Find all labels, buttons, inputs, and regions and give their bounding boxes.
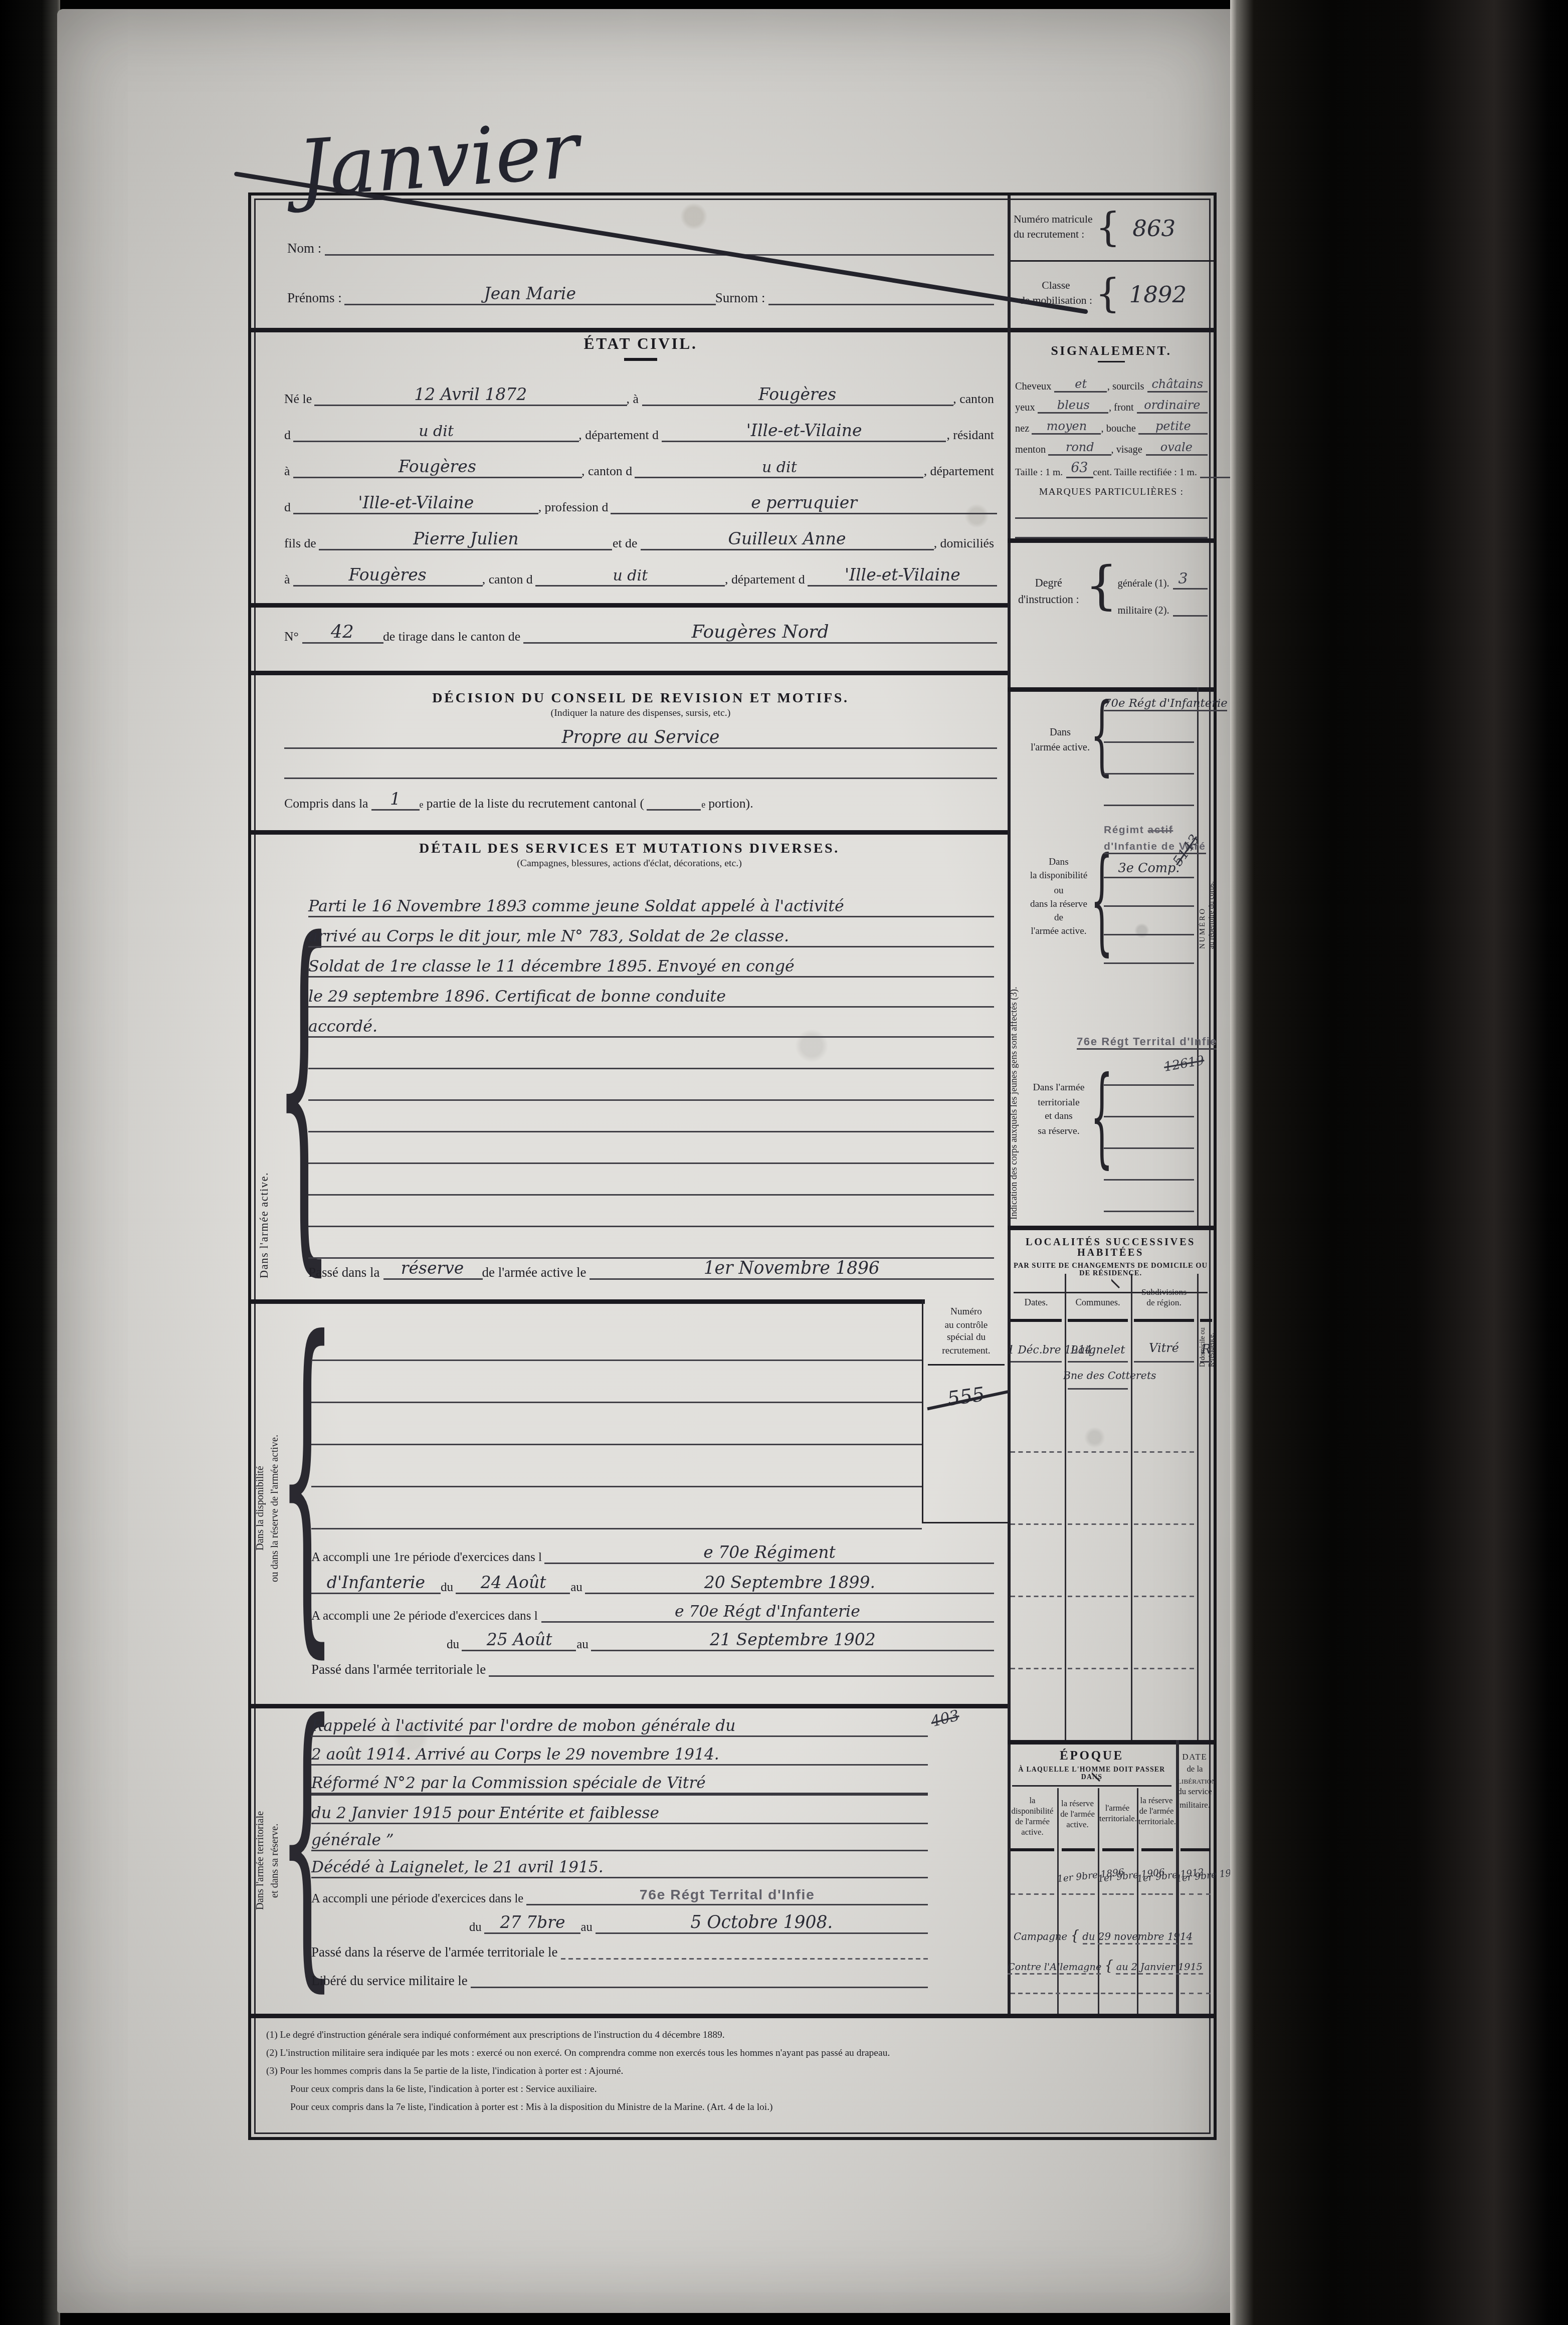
terr-periode-line: A accompli une période d'exercices dans … bbox=[311, 1878, 928, 1905]
nom-label: Nom : bbox=[287, 241, 324, 256]
localites-empty-rule bbox=[1068, 1668, 1128, 1669]
localites-header-rule bbox=[1200, 1319, 1212, 1322]
decision-title: DÉCISION DU CONSEIL DE REVISION ET MOTIF… bbox=[284, 692, 997, 707]
epoque-header-rule bbox=[1011, 1848, 1054, 1851]
blank-service-line bbox=[308, 1196, 994, 1227]
localites-subtitle: PAR SUITE DE CHANGEMENTS DE DOMICILE OU … bbox=[1008, 1263, 1214, 1278]
epoque-section: ÉPOQUE À LAQUELLE L'HOMME DOIT PASSER DA… bbox=[1008, 1740, 1214, 2014]
title-underline bbox=[624, 358, 657, 361]
localites-header-rule bbox=[1068, 1319, 1128, 1322]
blank-service-line bbox=[308, 1101, 994, 1132]
localites-row-rule bbox=[1068, 1361, 1128, 1363]
periode1-line2: d'Infanterie du 24 Août au 20 Septembre … bbox=[311, 1564, 994, 1594]
localites-empty-rule bbox=[1068, 1451, 1128, 1453]
sig-row-2: yeuxbleus , frontordinaire bbox=[1015, 393, 1208, 414]
corps-active-value: 70e Régt d'Infanterie bbox=[1104, 696, 1228, 711]
etat-civil-title: ÉTAT CIVIL. bbox=[284, 337, 997, 353]
localites-row-dr: R bbox=[1199, 1343, 1214, 1358]
localites-row-commune: Laignelet bbox=[1066, 1343, 1129, 1357]
stamp-actif-crossed: actif bbox=[1148, 826, 1173, 836]
decision-blank-line bbox=[284, 749, 997, 779]
terr-hw-6: Décédé à Laignelet, le 21 avril 1915. bbox=[311, 1859, 928, 1878]
prenoms-value: Jean Marie bbox=[345, 284, 715, 305]
localites-title: LOCALITÉS SUCCESSIVES HABITÉES bbox=[1008, 1238, 1214, 1259]
epoque-col1-header: la disponibilité de l'armée active. bbox=[1009, 1797, 1056, 1839]
epoque-bottom-rule bbox=[1011, 1993, 1173, 1994]
corps-right-margin-label: NUMÉROau répertoire du corps. bbox=[1200, 693, 1218, 949]
terr-hw-5: générale ” bbox=[311, 1832, 928, 1851]
localites-row-rule bbox=[1134, 1361, 1194, 1363]
corps-active-label: Dansl'armée active. bbox=[1029, 726, 1092, 755]
periodes-block: A accompli une 1re période d'exercices d… bbox=[311, 1537, 994, 1677]
ec-line-2: d u dit , département d 'Ille-et-Vilaine… bbox=[284, 406, 997, 442]
periode2-line1: A accompli une 2e période d'exercices da… bbox=[311, 1594, 994, 1623]
epoque-value-rule bbox=[1141, 1893, 1173, 1895]
blank-service-line bbox=[308, 1038, 994, 1069]
localites-empty-rule bbox=[1134, 1451, 1194, 1453]
periode1-line1: A accompli une 1re période d'exercices d… bbox=[311, 1537, 994, 1564]
corps-number-column-divider bbox=[1197, 687, 1199, 1226]
ec-line-4: d 'Ille-et-Vilaine , profession d e perr… bbox=[284, 478, 997, 514]
services-subtitle: (Campagnes, blessures, actions d'éclat, … bbox=[251, 859, 1008, 869]
controle-header-rule bbox=[928, 1364, 1005, 1365]
controle-special-box: Numéroau contrôlespécial durecrutement. … bbox=[922, 1299, 1009, 1523]
marques-title: MARQUES PARTICULIÈRES : bbox=[1015, 487, 1208, 498]
epoque-divider-3 bbox=[1137, 1788, 1139, 2014]
degre-label: Degréd'instruction : bbox=[1015, 565, 1085, 608]
book-left-edge bbox=[0, 0, 60, 2325]
localites-empty-rule bbox=[1011, 1451, 1062, 1453]
epoque-divider-1 bbox=[1057, 1788, 1059, 2014]
margin-number-crossed: 403 bbox=[929, 1708, 961, 1731]
classe-value: 1892 bbox=[1120, 281, 1187, 308]
rule-below-services bbox=[251, 1299, 925, 1303]
nom-row: Nom : bbox=[287, 208, 994, 256]
campagne-line-1: Campagne { du 29 novembre 1914 bbox=[1014, 1929, 1194, 1945]
territoriale-record: Rappelé à l'activité par l'ordre de mobo… bbox=[311, 1711, 928, 1988]
corps-terr-blank-lines bbox=[1104, 1054, 1194, 1212]
localites-row-subdiv: Vitré bbox=[1131, 1341, 1197, 1355]
terr-hw-1: Rappelé à l'activité par l'ordre de mobo… bbox=[311, 1717, 928, 1737]
localites-empty-rule bbox=[1068, 1523, 1128, 1525]
localites-col-communes: Communes. bbox=[1065, 1298, 1131, 1308]
marques-blank-2 bbox=[1015, 519, 1208, 538]
surnom-label: Surnom : bbox=[715, 290, 768, 305]
header-left: Nom : Prénoms : Jean Marie Surnom : bbox=[287, 208, 994, 305]
header-divider bbox=[251, 328, 1214, 332]
localites-empty-rule bbox=[1011, 1596, 1062, 1597]
form-frame: Nom : Prénoms : Jean Marie Surnom : Numé… bbox=[248, 192, 1217, 2140]
ec-line-6: à Fougères , canton d u dit , départemen… bbox=[284, 550, 997, 587]
decision-subtitle: (Indiquer la nature des dispenses, sursi… bbox=[284, 708, 997, 719]
corps-left-margin-label: Indication des corps auxquels les jeunes… bbox=[1009, 693, 1020, 1220]
footnote-3: (3) Pour les hommes compris dans la 5e p… bbox=[266, 2063, 1202, 2081]
nom-blank-line bbox=[324, 254, 994, 256]
corps-section: Indication des corps auxquels les jeunes… bbox=[1008, 687, 1214, 1226]
corps-dispo-label: Dansla disponibilitéou dans la réservede… bbox=[1023, 856, 1095, 939]
degre-militaire-row: militaire (2). bbox=[1118, 590, 1208, 617]
footnotes: (1) Le degré d'instruction générale sera… bbox=[266, 2027, 1202, 2117]
localites-header-rule bbox=[1011, 1319, 1062, 1322]
signalement-section: SIGNALEMENT. Cheveuxet , sourcilschâtain… bbox=[1015, 343, 1208, 538]
epoque-header-rule bbox=[1181, 1848, 1211, 1851]
localites-row-commune-2: Bne des Cotterets bbox=[1063, 1370, 1138, 1382]
localites-empty-rule bbox=[1134, 1596, 1194, 1597]
matricule-brace: { bbox=[1096, 206, 1121, 251]
classe-brace: { bbox=[1095, 272, 1120, 317]
epoque-header-rule bbox=[1141, 1848, 1173, 1851]
blank-service-line bbox=[308, 1069, 994, 1101]
services-section: DÉTAIL DES SERVICES ET MUTATIONS DIVERSE… bbox=[251, 842, 1008, 869]
epoque-col2-header: la réserve de l'armée active. bbox=[1059, 1800, 1096, 1832]
matricule-label: Numéro matriculedu recrutement : bbox=[1008, 214, 1096, 242]
signalement-title: SIGNALEMENT. bbox=[1015, 343, 1208, 358]
epoque-value-rule bbox=[1102, 1893, 1134, 1895]
epoque-header-rule bbox=[1062, 1848, 1095, 1851]
decision-section: DÉCISION DU CONSEIL DE REVISION ET MOTIF… bbox=[284, 692, 997, 811]
terr-hw-4: du 2 Janvier 1915 pour Entérite et faibl… bbox=[311, 1805, 928, 1824]
surname-handwritten: Janvier bbox=[295, 112, 581, 210]
localites-empty-rule bbox=[1068, 1596, 1128, 1597]
compris-line: Compris dans la 1e partie de la liste du… bbox=[284, 779, 997, 811]
rule-below-tirage bbox=[251, 671, 1008, 675]
epoque-title: ÉPOQUE bbox=[1008, 1749, 1176, 1763]
services-hw-1: Parti le 16 Novembre 1893 comme jeune So… bbox=[308, 898, 994, 917]
ec-line-1: Né le 12 Avril 1872 , à Fougères , canto… bbox=[284, 370, 997, 406]
footnote-1: (1) Le degré d'instruction générale sera… bbox=[266, 2027, 1202, 2045]
epoque-col4-header: la réserve de l'armée territoriale. bbox=[1138, 1797, 1174, 1829]
signalement-underline bbox=[1098, 361, 1125, 362]
corps-terr-lines: 76e Régt Territal d'Infie bbox=[1077, 1030, 1194, 1050]
epoque-value-rule bbox=[1011, 1893, 1054, 1895]
sig-row-4: mentonrond , visageovale bbox=[1015, 435, 1208, 456]
services-hw-2: arrivé au Corps le dit jour, mle N° 783,… bbox=[308, 928, 994, 947]
etat-civil-section: ÉTAT CIVIL. Né le 12 Avril 1872 , à Foug… bbox=[284, 337, 997, 587]
degre-brace: { bbox=[1085, 556, 1118, 617]
header-right: Numéro matriculedu recrutement : { 863 C… bbox=[1008, 196, 1214, 328]
rule-above-footnotes bbox=[251, 2014, 1214, 2018]
localites-empty-rule bbox=[1134, 1668, 1194, 1669]
rule-below-dispo bbox=[251, 1704, 1008, 1708]
epoque-divider-2 bbox=[1098, 1788, 1100, 2014]
services-margin-label: Dans l'armée active. bbox=[257, 917, 271, 1278]
localites-section: LOCALITÉS SUCCESSIVES HABITÉES PAR SUITE… bbox=[1008, 1226, 1214, 1740]
localites-row-rule bbox=[1011, 1361, 1062, 1363]
terr-periode-dates: du 27 7bre au 5 Octobre 1908. bbox=[311, 1905, 928, 1934]
controle-value: 555 bbox=[922, 1380, 1011, 1414]
localites-empty-rule bbox=[1134, 1523, 1194, 1525]
footnote-2: (2) L'instruction militaire sera indiqué… bbox=[266, 2045, 1202, 2063]
sig-row-1: Cheveuxet , sourcilschâtains bbox=[1015, 371, 1208, 393]
ec-line-3: à Fougères , canton d u dit , départemen… bbox=[284, 442, 997, 478]
book-right-edge bbox=[1230, 0, 1568, 2325]
epoque-col3-header: l'armée territoriale. bbox=[1099, 1805, 1135, 1826]
epoque-date-header: DATEde la LIBÉRATIONdu servicemilitaire. bbox=[1178, 1752, 1212, 1813]
passe-reserve-line: Passé dans la réserve de l'armée active … bbox=[308, 1248, 994, 1280]
book-photo: Janvier Nom : Prénoms : Jean Marie Surno… bbox=[0, 0, 1568, 2325]
degre-militaire-blank bbox=[1172, 615, 1208, 617]
blank-service-line bbox=[308, 1164, 994, 1196]
register-page: Janvier Nom : Prénoms : Jean Marie Surno… bbox=[57, 9, 1236, 2313]
campagne-line-2: Contre l'Allemagne { au 2 Janvier 1915 bbox=[1008, 1960, 1194, 1975]
epoque-v2: 1er 9bre 1896 bbox=[1057, 1870, 1100, 1885]
marques-blank-1 bbox=[1015, 498, 1208, 519]
territorial-stamp: 76e Régt Territal d'Infie bbox=[1077, 1035, 1217, 1050]
passe-reserve-territoriale-line: Passé dans la réserve de l'armée territo… bbox=[311, 1934, 928, 1960]
localites-row-rule bbox=[1068, 1388, 1128, 1390]
corps-dispo-lines: Régimt actif d'Infantie de Vitré 3e Comp… bbox=[1104, 826, 1194, 964]
terr-hw-2: 2 août 1914. Arrivé au Corps le 29 novem… bbox=[311, 1746, 928, 1766]
terr-hw-3: Réformé N°2 par la Commission spéciale d… bbox=[311, 1775, 928, 1796]
services-hw-5: accordé. bbox=[308, 1018, 994, 1038]
footnote-5: Pour ceux compris dans la 7e liste, l'in… bbox=[266, 2099, 1202, 2117]
localites-header-rule bbox=[1134, 1319, 1194, 1322]
surnom-blank-line bbox=[768, 304, 994, 305]
periode2-line2: du 25 Août au 21 Septembre 1902 bbox=[311, 1623, 994, 1651]
corps-active-lines: 70e Régt d'Infanterie bbox=[1104, 687, 1194, 806]
corps-terr-label: Dans l'arméeterritorialeet danssa réserv… bbox=[1023, 1081, 1095, 1139]
ec-line-5: fils de Pierre Julien et de Guilleux Ann… bbox=[284, 514, 997, 550]
localites-empty-rule bbox=[1011, 1523, 1062, 1525]
services-title: DÉTAIL DES SERVICES ET MUTATIONS DIVERSE… bbox=[251, 842, 1008, 857]
epoque-header-brace bbox=[1012, 1779, 1171, 1787]
regiment-vitre-stamp-line1: Régimt actif bbox=[1104, 826, 1194, 836]
decision-value: Propre au Service bbox=[284, 726, 997, 749]
degre-section: Degréd'instruction : { générale (1). 3 m… bbox=[1015, 556, 1208, 617]
classe-row: Classede mobilisation : { 1892 bbox=[1008, 262, 1214, 326]
epoque-header-rule bbox=[1102, 1848, 1134, 1851]
localites-col-subdivisions: Subdivisionsde région. bbox=[1131, 1289, 1197, 1310]
controle-label: Numéroau contrôlespécial durecrutement. bbox=[923, 1299, 1009, 1359]
matricule-value: 863 bbox=[1120, 215, 1175, 242]
taille-row: Taille : 1 m.63 cent. Taille rectifiée :… bbox=[1015, 456, 1208, 478]
degre-generale-row: générale (1). 3 bbox=[1118, 562, 1208, 590]
decision-value-line: Propre au Service bbox=[284, 719, 997, 749]
matricule-row: Numéro matriculedu recrutement : { 863 bbox=[1008, 196, 1214, 262]
epoque-value-rule bbox=[1181, 1893, 1211, 1895]
epoque-bottom-rule-date bbox=[1181, 1993, 1211, 1994]
localites-row-date: 1 Déc.bre 1914 bbox=[1008, 1343, 1065, 1357]
libere-line: Libéré du service militaire le bbox=[311, 1960, 928, 1988]
services-hw-3: Soldat de 1re classe le 11 décembre 1895… bbox=[308, 958, 994, 978]
dispo-blank-lines bbox=[311, 1320, 922, 1529]
footnote-4: Pour ceux compris dans la 6e liste, l'in… bbox=[266, 2081, 1202, 2099]
epoque-value-rule bbox=[1062, 1893, 1095, 1895]
services-hw-4: le 29 septembre 1896. Certificat de bonn… bbox=[308, 988, 994, 1008]
tirage-row: N° 42 de tirage dans le canton de Fougèr… bbox=[284, 617, 997, 644]
prenoms-label: Prénoms : bbox=[287, 290, 345, 305]
localites-row-rule bbox=[1200, 1361, 1212, 1363]
sig-row-3: nezmoyen , bouchepetite bbox=[1015, 414, 1208, 435]
blank-service-line bbox=[308, 1132, 994, 1164]
localites-empty-rule bbox=[1011, 1668, 1062, 1669]
rule-below-decision bbox=[251, 830, 1008, 834]
localites-col-dates: Dates. bbox=[1008, 1298, 1065, 1308]
services-record: Parti le 16 Novembre 1893 comme jeune So… bbox=[308, 884, 994, 1259]
rule-above-tirage bbox=[251, 603, 1008, 607]
rule-below-signalement bbox=[1008, 538, 1214, 542]
passe-territoriale-line: Passé dans l'armée territoriale le bbox=[311, 1651, 994, 1677]
degre-generale-value: 3 bbox=[1172, 571, 1208, 590]
